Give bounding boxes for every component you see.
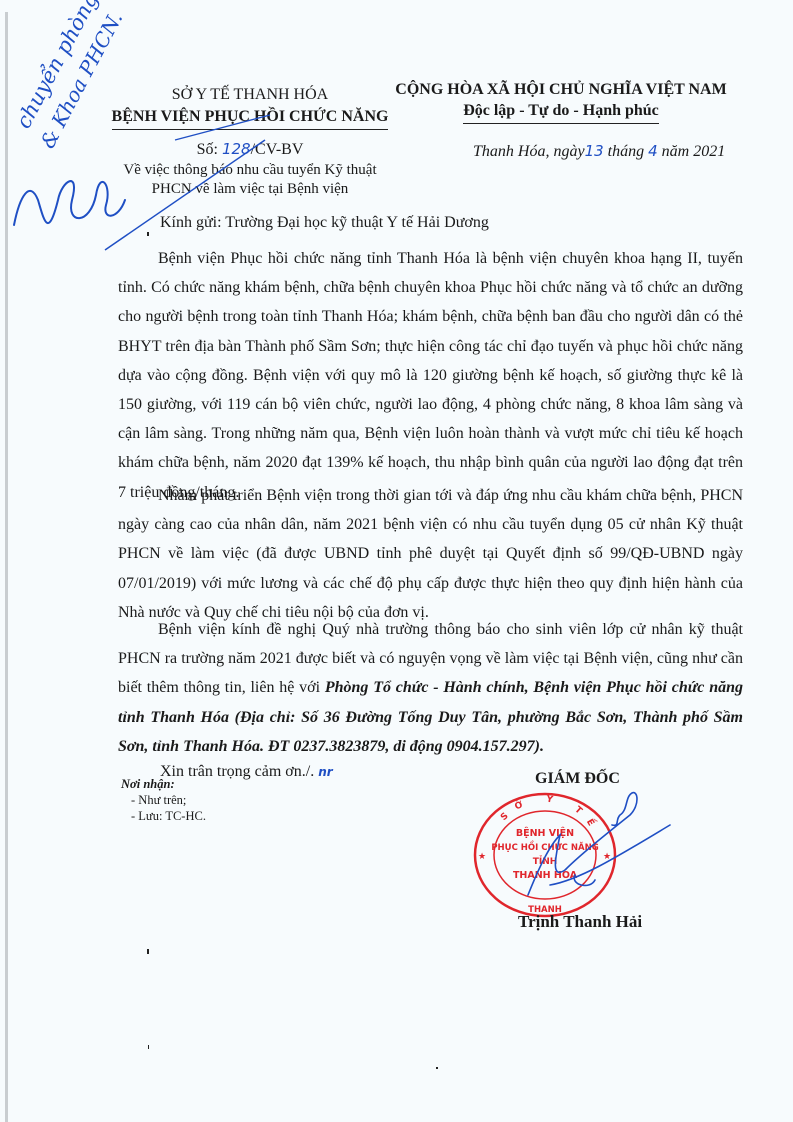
date-day: 13 xyxy=(585,142,604,160)
date-suffix: năm 2021 xyxy=(658,143,726,160)
scan-speck xyxy=(147,949,149,954)
recipient-item: - Như trên; xyxy=(121,792,206,808)
recipients-title: Nơi nhận: xyxy=(121,776,206,792)
body-paragraph-1: Bệnh viện Phục hồi chức năng tỉnh Thanh … xyxy=(118,244,743,507)
date-prefix: Thanh Hóa, ngày xyxy=(473,143,585,160)
director-signature xyxy=(520,785,680,905)
signer-name: Trịnh Thanh Hải xyxy=(518,912,642,932)
body-paragraph-2: Nhằm phát triển Bệnh viện trong thời gia… xyxy=(118,481,743,627)
scan-speck xyxy=(436,1067,438,1069)
paragraph-1-text: Bệnh viện Phục hồi chức năng tỉnh Thanh … xyxy=(118,244,743,507)
national-header: CỘNG HÒA XÃ HỘI CHỦ NGHĨA VIỆT NAM Độc l… xyxy=(376,80,746,124)
date-mid: tháng xyxy=(604,143,648,160)
recipients-block: Nơi nhận: - Như trên; - Lưu: TC-HC. xyxy=(121,776,206,824)
date-month: 4 xyxy=(648,142,658,160)
scan-speck xyxy=(147,232,149,236)
paragraph-2-text: Nhằm phát triển Bệnh viện trong thời gia… xyxy=(118,481,743,627)
recipient-item: - Lưu: TC-HC. xyxy=(121,808,206,824)
national-motto: Độc lập - Tự do - Hạnh phúc xyxy=(463,100,659,124)
body-paragraph-3: Bệnh viện kính đề nghị Quý nhà trường th… xyxy=(118,615,743,761)
document-date: Thanh Hóa, ngày13 tháng 4 năm 2021 xyxy=(473,142,725,161)
stamp-star-icon: ★ xyxy=(478,852,486,862)
scan-speck xyxy=(148,1045,149,1049)
nation-title: CỘNG HÒA XÃ HỘI CHỦ NGHĨA VIỆT NAM xyxy=(376,80,746,100)
handwritten-initials: nr xyxy=(318,765,332,779)
handwritten-annotation: chuyển phòng CTSV & Khoa PHCN. xyxy=(0,0,380,260)
